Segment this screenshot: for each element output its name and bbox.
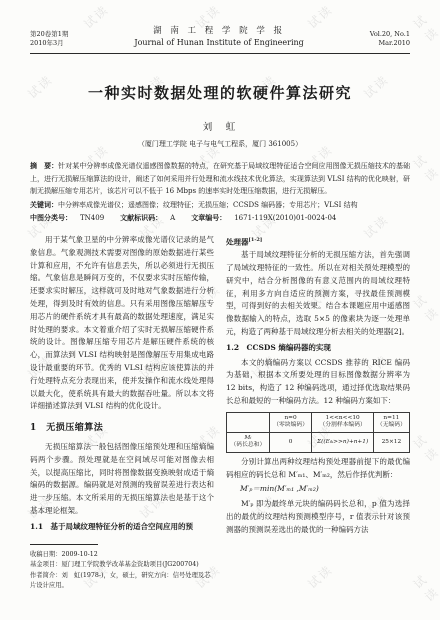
doc-code-pair: 文献标识码：A xyxy=(120,214,183,222)
issue-date-en: Mar.2010 xyxy=(370,39,410,48)
classification-line: 中图分类号：TN409文献标识码：A文章编号：1671-119X(2010)01… xyxy=(30,212,410,225)
section-1-heading: 1 无损压缩算法 xyxy=(30,422,214,435)
journal-title-en: Journal of Hunan Institute of Engineerin… xyxy=(68,38,369,48)
table-cell-formula: Σ((Eᵢₖ>>n)+n+1) xyxy=(312,432,373,452)
abstract: 摘 要：针对某中分辨率成像光谱仪遥感图像数据的特点，在研究基于局域纹理特征适合空… xyxy=(30,160,410,198)
fund-label: 基金项目： xyxy=(30,561,61,568)
journal-title-cn: 湖 南 工 程 学 院 学 报 xyxy=(68,26,369,36)
table-header-zero-block: n=0（零块编码） xyxy=(269,412,312,432)
table-cell-25x12: 25×12 xyxy=(373,432,409,452)
received-value: 2009-10-12 xyxy=(61,551,97,558)
author-affiliation: （厦门理工学院 电子与电气工程系，厦门 361005） xyxy=(30,139,410,149)
footnote-block: 收稿日期：2009-10-12 基金项目：厦门理工学院教学改革基金资助项目(JG… xyxy=(30,544,214,592)
author-name: 刘 虹 xyxy=(30,119,410,133)
citation-sup: [1-2] xyxy=(249,237,263,243)
clc-label: 中图分类号： xyxy=(30,213,72,222)
volume-issue: 第20卷第1期 xyxy=(30,30,68,39)
vol-no-en: Vol.20, No.1 xyxy=(370,30,410,39)
min-formula: M′ₚ＝min(M′ₘ₁ ,M′ₘ₂) xyxy=(240,483,410,496)
table-cell-zero: 0 xyxy=(269,432,312,452)
keywords-text: 中分辨率成像光谱仪；遥感图像；纹理特征；无损压缩；CCSDS 编码器；专用芯片；… xyxy=(58,201,358,209)
fund-value: 厦门理工学院教学改革基金资助项目(JG200704) xyxy=(61,561,198,568)
paragraph-ccsds: 本文的熵编码方案以 CCSDS 推荐的 RICE 编码为基础，根据本文所要处理的… xyxy=(226,357,410,408)
page-content: 第20卷第1期 2010年3月 湖 南 工 程 学 院 学 报 Journal … xyxy=(0,0,440,592)
journal-header: 第20卷第1期 2010年3月 湖 南 工 程 学 院 学 报 Journal … xyxy=(30,26,410,54)
paragraph-algorithm: 无损压缩算法一般包括图像压缩预处理和压缩熵编码两个步骤。预处理就是在空间域尽可能… xyxy=(30,441,214,518)
header-vol-block: Vol.20, No.1 Mar.2010 xyxy=(370,30,410,48)
coding-options-table: n=0（零块编码） 1<<n<<10（分割样本编码） n=11（无编码） Mᵢ（… xyxy=(226,412,410,453)
doc-code-value: A xyxy=(170,214,175,222)
table-row-label: Mᵢ（码长总和） xyxy=(227,432,270,452)
paragraph-texture-method: 基于局域纹理特征分析的无损压缩方法，首先强调了局域纹理特征的一致性。所以在对相关… xyxy=(226,249,410,339)
heading-cont-text: 处理器 xyxy=(226,237,249,246)
section-1-1-heading-continuation: 处理器[1-2] xyxy=(226,234,410,249)
received-date-line: 收稿日期：2009-10-12 xyxy=(30,550,214,561)
table-header-split-sample: 1<<n<<10（分割样本编码） xyxy=(312,412,373,432)
table-header-row: n=0（零块编码） 1<<n<<10（分割样本编码） n=11（无编码） xyxy=(227,412,410,432)
received-label: 收稿日期： xyxy=(30,551,61,558)
journal-title-block: 湖 南 工 程 学 院 学 报 Journal of Hunan Institu… xyxy=(68,26,369,48)
table-corner-cell xyxy=(227,412,270,432)
section-1-1-heading: 1.1 基于局域纹理特征分析的适合空间应用的预 xyxy=(30,521,214,534)
right-column: 处理器[1-2] 基于局域纹理特征分析的无损压缩方法，首先强调了局域纹理特征的一… xyxy=(226,234,410,592)
clc-pair: 中图分类号：TN409 xyxy=(30,214,112,222)
article-id-pair: 文章编号：1671-119X(2010)01-0024-04 xyxy=(191,214,344,222)
clc-value: TN409 xyxy=(80,214,104,222)
article-title: 一种实时数据处理的软硬件算法研究 xyxy=(30,82,410,103)
article-meta: 摘 要：针对某中分辨率成像光谱仪遥感图像数据的特点，在研究基于局域纹理特征适合空… xyxy=(30,160,410,225)
footnote-rule xyxy=(30,544,98,545)
left-column: 用于某气象卫星的中分辨率成像光谱仪记录的是气象信息。气象观测技术需要对图像的原始… xyxy=(30,234,214,592)
article-id-value: 1671-119X(2010)01-0024-04 xyxy=(234,214,336,222)
paragraph-code-length: 分别计算出两种纹理结构预处理器前提下的最优编码相应的码长总和 M′ₘ₁、M′ₘ₂… xyxy=(226,456,410,482)
scanned-paper-page: { "watermark": { "text": "试读" }, "journa… xyxy=(0,0,440,620)
abstract-label: 摘 要： xyxy=(30,161,58,170)
header-issue-block: 第20卷第1期 2010年3月 xyxy=(30,30,68,48)
table-data-row: Mᵢ（码长总和） 0 Σ((Eᵢₖ>>n)+n+1) 25×12 xyxy=(227,432,410,452)
paragraph-intro: 用于某气象卫星的中分辨率成像光谱仪记录的是气象信息。气象观测技术需要对图像的原始… xyxy=(30,234,214,413)
bio-label: 作者简介： xyxy=(30,572,61,579)
issue-date-cn: 2010年3月 xyxy=(30,39,68,48)
table-header-no-coding: n=11（无编码） xyxy=(373,412,409,432)
section-1-2-heading: 1.2 CCSDS 熵编码器的实现 xyxy=(226,342,410,355)
keywords: 关键词：中分辨率成像光谱仪；遥感图像；纹理特征；无损压缩；CCSDS 编码器；专… xyxy=(30,199,410,212)
abstract-text: 针对某中分辨率成像光谱仪遥感图像数据的特点，在研究基于局域纹理特征适合空间应用图… xyxy=(30,162,410,195)
author-bio-line: 作者简介：刘 虹(1978-)，女，硕士，研究方向：信号处理及芯片设计应用。 xyxy=(30,571,214,592)
paragraph-result: M′ₚ 即为最终单元块的编码码长总和，p 值为选择出的最优的纹理结构预测模型序号… xyxy=(226,498,410,536)
keywords-label: 关键词： xyxy=(30,200,58,209)
doc-code-label: 文献标识码： xyxy=(120,213,162,222)
fund-line: 基金项目：厦门理工学院教学改革基金资助项目(JG200704) xyxy=(30,560,214,571)
body-columns: 用于某气象卫星的中分辨率成像光谱仪记录的是气象信息。气象观测技术需要对图像的原始… xyxy=(30,234,410,592)
article-id-label: 文章编号： xyxy=(191,213,226,222)
